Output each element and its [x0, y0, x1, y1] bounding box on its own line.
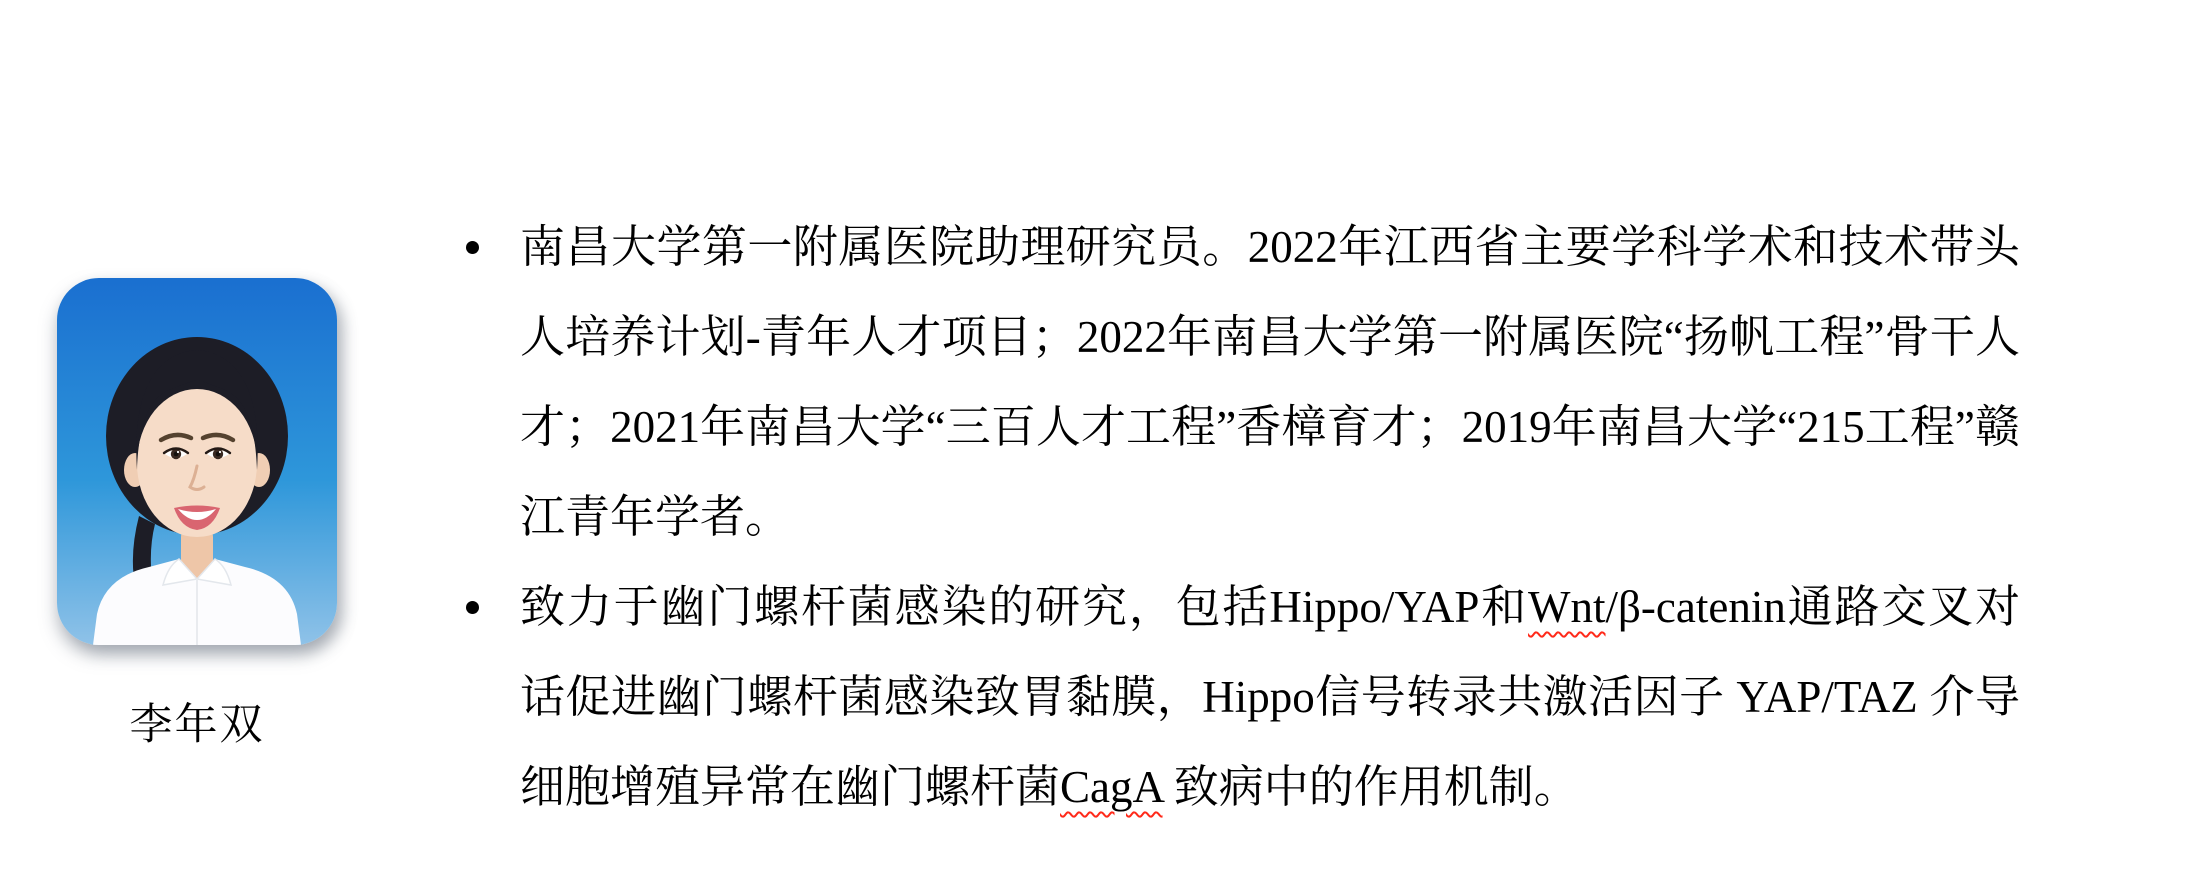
bio-text-segment: 南昌大学第一附属医院助理研究员。2022年江西省主要学科学术和技术带头人培养计划… — [520, 222, 2020, 542]
bio-list: 南昌大学第一附属医院助理研究员。2022年江西省主要学科学术和技术带头人培养计划… — [440, 202, 2020, 832]
bio-text-segment: 致力于幽门螺杆菌感染的研究，包括Hippo/YAP和 — [520, 582, 1528, 632]
bio-text-segment: 致病中的作用机制。 — [1163, 762, 1579, 812]
portrait-illustration — [57, 278, 337, 645]
slide-canvas: 李年双 南昌大学第一附属医院助理研究员。2022年江西省主要学科学术和技术带头人… — [0, 0, 2186, 884]
profile-name: 李年双 — [57, 700, 337, 752]
bio-item: 致力于幽门螺杆菌感染的研究，包括Hippo/YAP和Wnt/β-catenin通… — [440, 562, 2020, 832]
profile-photo — [57, 278, 337, 645]
spellcheck-underlined-text: Wnt — [1528, 582, 1605, 632]
bio-item: 南昌大学第一附属医院助理研究员。2022年江西省主要学科学术和技术带头人培养计划… — [440, 202, 2020, 562]
spellcheck-underlined-text: CagA — [1060, 762, 1163, 812]
